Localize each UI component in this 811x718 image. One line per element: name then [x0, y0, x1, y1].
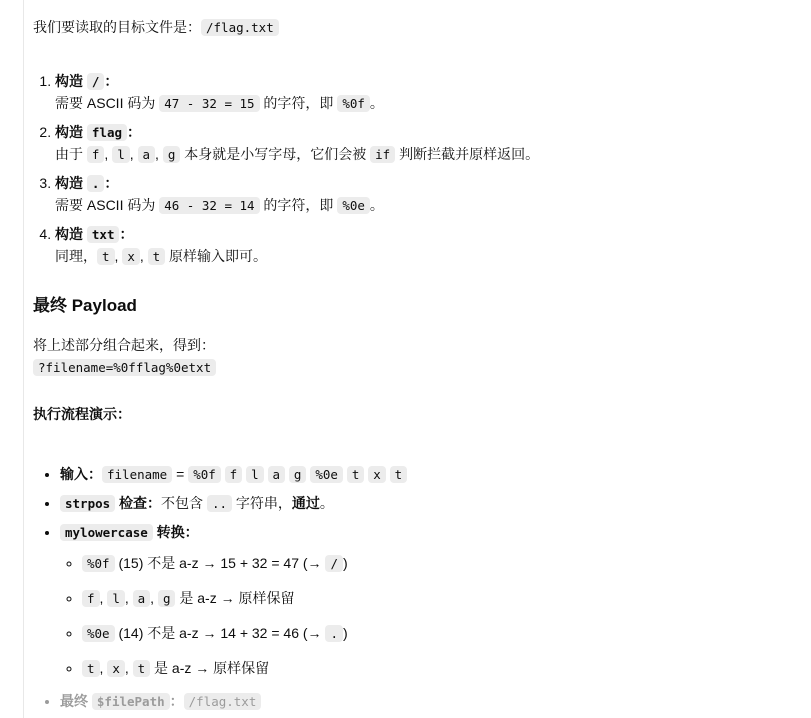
text-segment: 不包含 — [161, 495, 207, 511]
bold-text: ： — [88, 466, 102, 482]
inline-code: f — [225, 466, 243, 483]
inline-code: l — [112, 146, 130, 163]
text-segment: ) — [343, 555, 348, 571]
bold-text: 通过 — [292, 495, 320, 511]
inline-code: filename — [102, 466, 172, 483]
bold-text: 构造 — [55, 73, 87, 89]
inline-code: t — [347, 466, 365, 483]
payload-intro-line: 将上述部分组合起来，得到： — [33, 337, 215, 353]
text-segment: 。 — [370, 197, 384, 213]
bold-text: 检查： — [115, 495, 161, 511]
step-title: 构造 /： — [55, 73, 118, 89]
inline-code: x — [368, 466, 386, 483]
text-segment: 原样输入即可。 — [165, 248, 267, 264]
mylowercase-sub-list: %0f (15) 不是 a-z → 15 + 32 = 47 (→ /) f, … — [60, 552, 783, 679]
text-segment: 需要 ASCII 码为 — [55, 95, 159, 111]
text-segment: , — [150, 590, 158, 606]
construction-steps-list: 构造 /： 需要 ASCII 码为 47 - 32 = 15 的字符，即 %0f… — [33, 70, 783, 267]
inline-code: $filePath — [92, 693, 170, 710]
text-segment: 同理， — [55, 248, 97, 264]
exec-flow-list: 输入：filename = %0f f l a g %0e t x t strp… — [33, 463, 783, 718]
list-item-mylowercase: mylowercase 转换： %0f (15) 不是 a-z → 15 + 3… — [60, 521, 783, 683]
text-segment: , — [130, 146, 138, 162]
text-segment: , — [125, 660, 133, 676]
payload-paragraph: 将上述部分组合起来，得到： ?filename=%0fflag%0etxt — [33, 334, 783, 378]
inline-code: g — [289, 466, 307, 483]
inline-code: l — [246, 466, 264, 483]
inline-code: t — [133, 660, 151, 677]
step-body: 需要 ASCII 码为 47 - 32 = 15 的字符，即 %0f。 — [55, 95, 384, 111]
text-segment: 本身就是小写字母，它们会被 — [180, 146, 370, 162]
mylowercase-label: mylowercase 转换： — [60, 524, 199, 540]
inline-code: strpos — [60, 495, 115, 512]
markdown-message: 我们要读取的目标文件是：/flag.txt 构造 /： 需要 ASCII 码为 … — [24, 0, 811, 718]
inline-code: %0f — [82, 555, 115, 572]
sub-item-flag-chars: f, l, a, g 是 a-z → 原样保留 — [82, 587, 783, 609]
intro-paragraph: 我们要读取的目标文件是：/flag.txt — [33, 16, 783, 38]
inline-code: t — [148, 248, 166, 265]
step-body: 需要 ASCII 码为 46 - 32 = 14 的字符，即 %0e。 — [55, 197, 384, 213]
inline-code: 46 - 32 = 14 — [159, 197, 259, 214]
final-payload-heading: 最终 Payload — [33, 296, 783, 316]
text-segment: 判断拦截并原样返回。 — [395, 146, 539, 162]
inline-code: /flag.txt — [201, 19, 279, 36]
text-segment: 字符串， — [232, 495, 292, 511]
list-item-input: 输入：filename = %0f f l a g %0e t x t — [60, 463, 783, 485]
inline-code: f — [87, 146, 105, 163]
bold-text: 执行流程演示： — [33, 406, 131, 422]
inline-code: %0f — [337, 95, 370, 112]
sub-item-percent0f: %0f (15) 不是 a-z → 15 + 32 = 47 (→ /) — [82, 552, 783, 574]
step-body: 同理，t, x, t 原样输入即可。 — [55, 248, 267, 264]
payload-code-line: ?filename=%0fflag%0etxt — [33, 359, 216, 375]
inline-code: x — [122, 248, 140, 265]
text-segment: 的字符，即 — [260, 95, 338, 111]
list-item-construct-dot: 构造 .： 需要 ASCII 码为 46 - 32 = 14 的字符，即 %0e… — [55, 172, 783, 216]
text-segment: 。 — [320, 495, 334, 511]
bold-text: ： — [119, 226, 133, 242]
bold-text: ： — [104, 175, 118, 191]
inline-code: %0e — [310, 466, 343, 483]
list-item-construct-txt: 构造 txt： 同理，t, x, t 原样输入即可。 — [55, 223, 783, 267]
text-segment: ) — [343, 625, 348, 641]
text-segment: 由于 — [55, 146, 87, 162]
inline-code: %0e — [82, 625, 115, 642]
text-segment: 的字符，即 — [260, 197, 338, 213]
step-title: 构造 txt： — [55, 226, 133, 242]
inline-code: %0f — [188, 466, 221, 483]
text-segment: 是 a-z → 原样保留 — [175, 590, 294, 606]
bold-text: 构造 — [55, 124, 87, 140]
bold-text: ： — [104, 73, 118, 89]
bold-text: 构造 — [55, 175, 87, 191]
inline-code: txt — [87, 226, 120, 243]
list-item-construct-flag: 构造 flag： 由于 f, l, a, g 本身就是小写字母，它们会被 if … — [55, 121, 783, 165]
inline-code: . — [325, 625, 343, 642]
inline-code: / — [325, 555, 343, 572]
bold-text: 最终 — [60, 693, 92, 709]
sub-item-percent0e: %0e (14) 不是 a-z → 14 + 32 = 46 (→ .) — [82, 622, 783, 644]
inline-code: x — [107, 660, 125, 677]
inline-code: . — [87, 175, 105, 192]
text-segment: 是 a-z → 原样保留 — [150, 660, 269, 676]
inline-code: /flag.txt — [184, 693, 262, 710]
bold-text: 转换： — [153, 524, 199, 540]
inline-code: l — [107, 590, 125, 607]
text-segment: = — [172, 466, 188, 482]
inline-code: a — [133, 590, 151, 607]
step-title: 构造 flag： — [55, 124, 141, 140]
inline-code: a — [268, 466, 286, 483]
inline-code: t — [82, 660, 100, 677]
inline-code: a — [138, 146, 156, 163]
text-segment: (15) 不是 a-z → 15 + 32 = 47 (→ — [115, 555, 326, 571]
inline-code: if — [370, 146, 395, 163]
exec-flow-heading: 执行流程演示： — [33, 403, 783, 425]
bold-text: ： — [127, 124, 141, 140]
list-item-final-filepath: 最终 $filePath：/flag.txt — [60, 690, 783, 712]
inline-code: f — [82, 590, 100, 607]
text-segment: , — [125, 590, 133, 606]
text-segment: (14) 不是 a-z → 14 + 32 = 46 (→ — [115, 625, 326, 641]
inline-code: t — [97, 248, 115, 265]
bold-text: ： — [170, 693, 184, 709]
text-segment — [264, 466, 268, 482]
inline-code: g — [158, 590, 176, 607]
text-segment: 我们要读取的目标文件是： — [33, 19, 201, 35]
list-item-construct-slash: 构造 /： 需要 ASCII 码为 47 - 32 = 15 的字符，即 %0f… — [55, 70, 783, 114]
step-title: 构造 .： — [55, 175, 118, 191]
sub-item-txt-chars: t, x, t 是 a-z → 原样保留 — [82, 657, 783, 679]
inline-code: %0e — [337, 197, 370, 214]
inline-code: mylowercase — [60, 524, 153, 541]
inline-code: t — [390, 466, 408, 483]
left-divider — [23, 0, 24, 718]
inline-code: g — [163, 146, 181, 163]
text-segment: , — [155, 146, 163, 162]
inline-code: flag — [87, 124, 127, 141]
text-segment: 需要 ASCII 码为 — [55, 197, 159, 213]
inline-code: / — [87, 73, 105, 90]
bold-text: 输入 — [60, 466, 88, 482]
inline-code: 47 - 32 = 15 — [159, 95, 259, 112]
text-segment: , — [140, 248, 148, 264]
text-segment: 将上述部分组合起来，得到： — [33, 337, 215, 353]
step-body: 由于 f, l, a, g 本身就是小写字母，它们会被 if 判断拦截并原样返回… — [55, 146, 539, 162]
bold-text: 构造 — [55, 226, 87, 242]
inline-code: ?filename=%0fflag%0etxt — [33, 359, 216, 376]
list-item-strpos-check: strpos 检查：不包含 .. 字符串，通过。 — [60, 492, 783, 514]
inline-code: .. — [207, 495, 232, 512]
text-segment: 。 — [370, 95, 384, 111]
